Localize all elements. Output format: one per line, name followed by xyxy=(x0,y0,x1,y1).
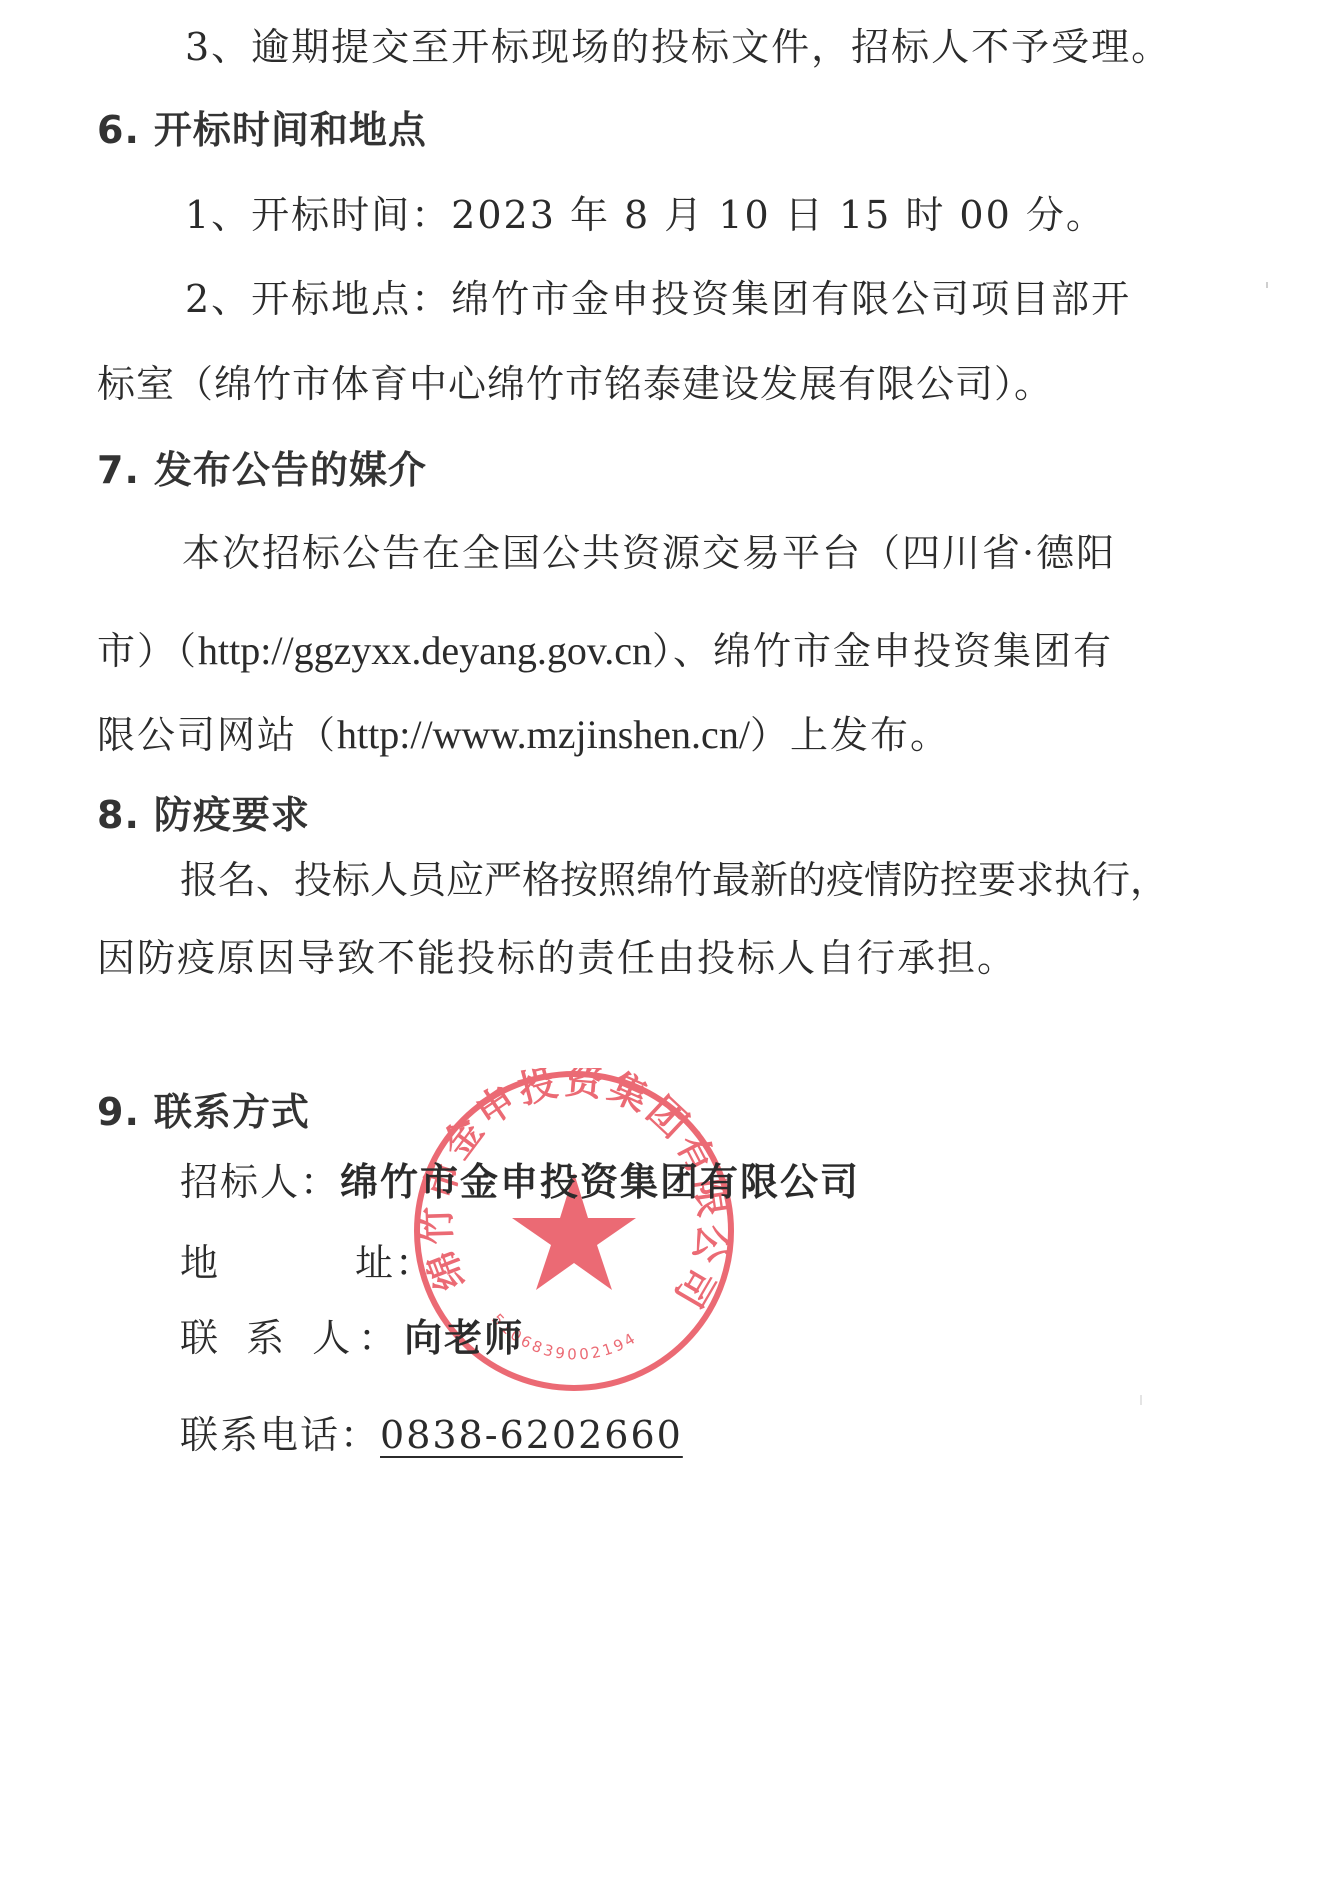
contact-phone: 联系电话：0838-6202660 xyxy=(180,1412,683,1458)
media-paragraph-line-1: 本次招标公告在全国公共资源交易平台（四川省·德阳 xyxy=(182,530,1116,576)
text: 限公司网站（ xyxy=(97,713,337,757)
contact-tenderer: 招标人：绵竹市金申投资集团有限公司 xyxy=(180,1159,860,1205)
scan-speck xyxy=(1140,1395,1142,1405)
section-number: 6. xyxy=(97,107,140,153)
epidemic-paragraph-line-1: 报名、投标人员应严格按照绵竹最新的疫情防控要求执行， xyxy=(180,857,1168,903)
epidemic-paragraph-line-2: 因防疫原因导致不能投标的责任由投标人自行承担。 xyxy=(97,935,1017,981)
paragraph-item-3: 3、逾期提交至开标现场的投标文件，招标人不予受理。 xyxy=(185,24,1171,70)
tenderer-value: 绵竹市金申投资集团有限公司 xyxy=(340,1160,860,1204)
tenderer-label: 招标人： xyxy=(180,1159,340,1205)
link-deyang-platform[interactable]: http://ggzyxx.deyang.gov.cn xyxy=(198,628,652,673)
contact-address: 地址： xyxy=(180,1240,435,1286)
section-title: 开标时间和地点 xyxy=(154,108,427,152)
address-label-part-2: 址： xyxy=(355,1240,435,1286)
text: ）、绵竹市金申投资集团有 xyxy=(652,629,1113,673)
bid-opening-time: 1、开标时间：2023 年 8 月 10 日 15 时 00 分。 xyxy=(185,192,1106,238)
section-title: 联系方式 xyxy=(154,1090,310,1134)
scan-speck xyxy=(1266,282,1268,288)
text: 市）（ xyxy=(97,629,198,673)
person-value: 向老师 xyxy=(404,1316,524,1360)
section-heading-7: 7.发布公告的媒介 xyxy=(97,447,427,493)
person-label: 联 系 人： xyxy=(180,1315,404,1361)
phone-value[interactable]: 0838-6202660 xyxy=(380,1413,683,1457)
section-number: 8. xyxy=(97,792,140,838)
bid-opening-location-cont: 标室（绵竹市体育中心绵竹市铭泰建设发展有限公司）。 xyxy=(97,361,1053,407)
section-title: 防疫要求 xyxy=(154,793,310,837)
section-heading-6: 6.开标时间和地点 xyxy=(97,107,427,153)
media-paragraph-line-3: 限公司网站（http://www.mzjinshen.cn/）上发布。 xyxy=(97,712,950,758)
contact-person: 联 系 人：向老师 xyxy=(180,1315,524,1361)
section-number: 7. xyxy=(97,447,140,493)
text: ）上发布。 xyxy=(750,713,950,757)
section-heading-8: 8.防疫要求 xyxy=(97,792,310,838)
address-label-part-1: 地 xyxy=(180,1240,355,1286)
section-number: 9. xyxy=(97,1089,140,1135)
phone-label: 联系电话： xyxy=(180,1412,380,1458)
section-title: 发布公告的媒介 xyxy=(154,448,427,492)
bid-opening-location: 2、开标地点：绵竹市金申投资集团有限公司项目部开 xyxy=(185,276,1131,322)
link-mzjinshen-site[interactable]: http://www.mzjinshen.cn/ xyxy=(337,712,750,757)
section-heading-9: 9.联系方式 xyxy=(97,1089,310,1135)
media-paragraph-line-2: 市）（http://ggzyxx.deyang.gov.cn）、绵竹市金申投资集… xyxy=(97,628,1113,674)
